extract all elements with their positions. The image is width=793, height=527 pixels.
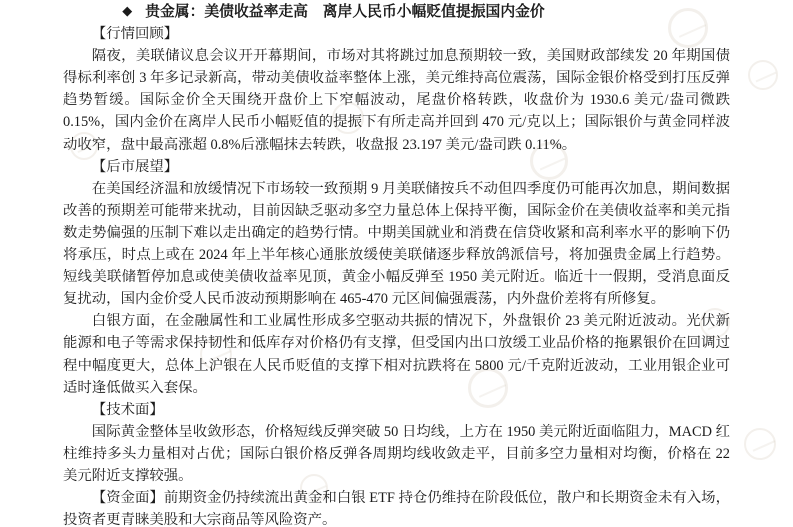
report-body: ◆贵金属：美债收益率走高 离岸人民币小幅贬值提振国内金价 【行情回顾】 隔夜，美… <box>63 1 730 527</box>
section-header-outlook: 【后市展望】 <box>63 156 730 178</box>
watermark-logo-icon <box>744 428 776 460</box>
section-header-technical: 【技术面】 <box>63 399 730 421</box>
watermark-logo-icon <box>748 60 778 90</box>
paragraph-funds: 【资金面】前期资金仍持续流出黄金和白银 ETF 持仓仍维持在阶段低位，散户和长期… <box>63 487 730 527</box>
report-title: 贵金属：美债收益率走高 离岸人民币小幅贬值提振国内金价 <box>145 4 545 20</box>
paragraph-technical: 国际黄金整体呈收敛形态，价格短线反弹突破 50 日均线，上方在 1950 美元附… <box>63 421 730 487</box>
paragraph-outlook-gold: 在美国经济温和放缓情况下市场较一致预期 9 月美联储按兵不动但四季度仍可能再次加… <box>63 178 730 311</box>
section-header-market-review: 【行情回顾】 <box>63 23 730 45</box>
report-title-line: ◆贵金属：美债收益率走高 离岸人民币小幅贬值提振国内金价 <box>63 1 730 23</box>
diamond-bullet-icon: ◆ <box>93 0 133 22</box>
report-page: ◆贵金属：美债收益率走高 离岸人民币小幅贬值提振国内金价 【行情回顾】 隔夜，美… <box>0 0 793 527</box>
paragraph-outlook-silver: 白银方面，在金融属性和工业属性形成多空驱动共振的情况下，外盘银价 23 美元附近… <box>63 310 730 398</box>
paragraph-market-review: 隔夜，美联储议息会议开开幕期间，市场对其将跳过加息预期较一致，美国财政部续发 2… <box>63 45 730 155</box>
